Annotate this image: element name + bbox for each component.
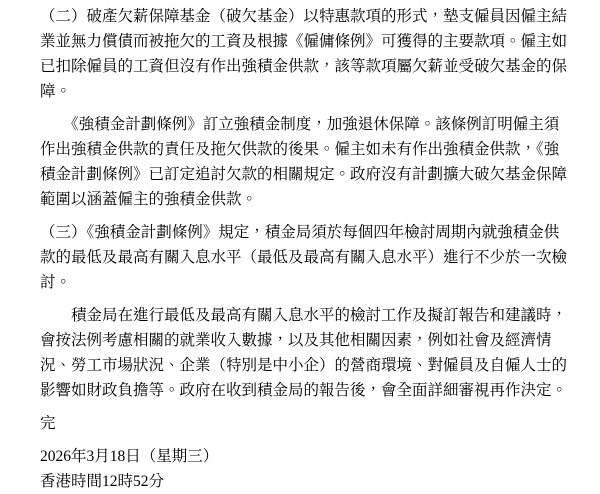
paragraph-answer-2: （二）破產欠薪保障基金（破欠基金）以特惠款項的形式，墊支僱員因僱主結 業並無力償…	[40, 4, 588, 104]
dateline: 2026年3月18日（星期三） 香港時間12時52分	[40, 444, 588, 494]
press-release-document: （二）破產欠薪保障基金（破欠基金）以特惠款項的形式，墊支僱員因僱主結 業並無力償…	[0, 0, 600, 494]
end-mark: 完	[40, 411, 588, 436]
paragraph-mpf-ordinance: 《強積金計劃條例》訂立強積金制度，加強退休保障。該條例訂明僱主須 作出強積金供款…	[40, 112, 588, 212]
paragraph-answer-3: （三）《強積金計劃條例》規定，積金局須於每個四年檢討周期內就強積金供 款的最低及…	[40, 220, 588, 295]
paragraph-income-level-review: 積金局在進行最低及最高有關入息水平的檢討工作及擬訂報告和建議時， 會按法例考慮相…	[40, 303, 588, 403]
